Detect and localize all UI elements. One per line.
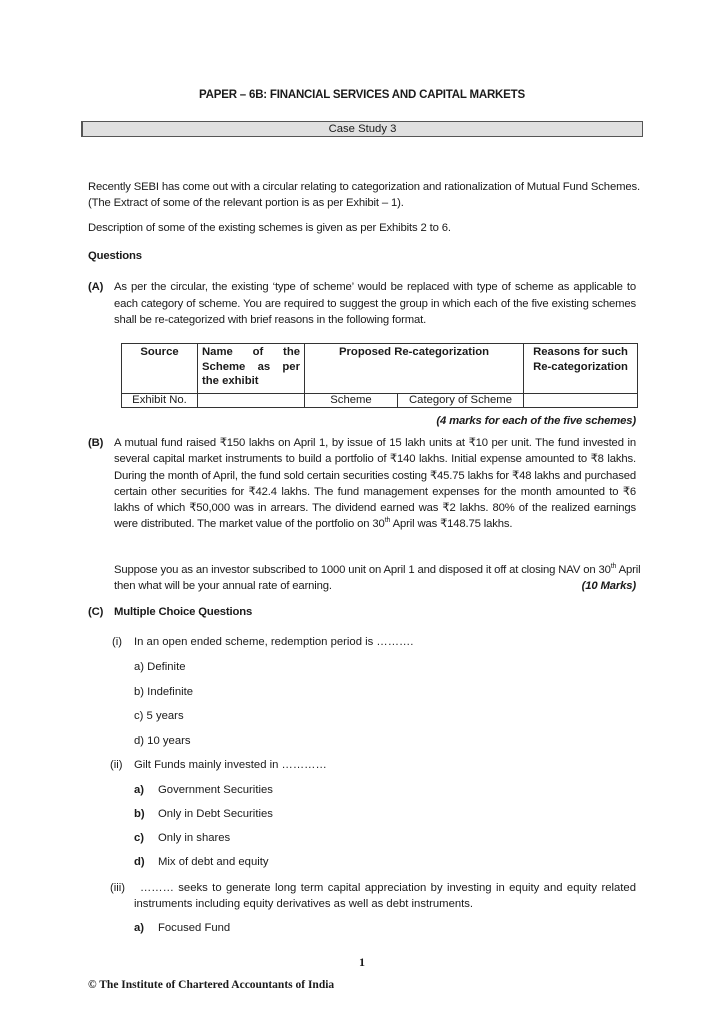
mcq-3-option-a-text: Focused Fund	[158, 920, 230, 936]
case-study-banner: Case Study 3	[81, 121, 643, 137]
cell-scheme: Scheme	[305, 394, 398, 408]
mcq-2-option-b-letter: b)	[134, 806, 145, 822]
header-scheme-name: Name of the Scheme as per the exhibit	[198, 344, 305, 394]
recategorization-format-table: Source Name of the Scheme as per the exh…	[121, 343, 638, 408]
mcq-1-option-b: b) Indefinite	[134, 684, 193, 700]
cell-scheme-name	[198, 394, 305, 408]
mcq-2-option-d-letter: d)	[134, 854, 145, 870]
question-c-label: (C)	[88, 604, 103, 620]
mcq-2-option-a-text: Government Securities	[158, 782, 273, 798]
mcq-1-text: In an open ended scheme, redemption peri…	[134, 634, 413, 650]
question-b-marks: (10 Marks)	[500, 578, 636, 594]
mcq-2-option-b-text: Only in Debt Securities	[158, 806, 273, 822]
mcq-2-text: Gilt Funds mainly invested in …………	[134, 757, 327, 773]
cell-category-of-scheme: Category of Scheme	[398, 394, 524, 408]
mcq-3-number: (iii)	[110, 880, 125, 896]
page-number: 1	[0, 955, 724, 970]
question-b-paragraph-1: A mutual fund raised ₹150 lakhs on April…	[114, 435, 636, 533]
mcq-2-option-a-letter: a)	[134, 782, 144, 798]
mcq-1-number: (i)	[112, 634, 122, 650]
mcq-3-option-a-letter: a)	[134, 920, 144, 936]
question-a-marks: (4 marks for each of the five schemes)	[300, 413, 636, 429]
mcq-3-text: ……… seeks to generate long term capital …	[134, 880, 636, 912]
header-reasons: Reasons for such Re-categorization	[524, 344, 638, 394]
mcq-1-option-d: d) 10 years	[134, 733, 191, 749]
mcq-1-option-a: a) Definite	[134, 659, 186, 675]
mcq-2-number: (ii)	[110, 757, 123, 773]
mcq-1-option-c: c) 5 years	[134, 708, 184, 724]
mcq-2-option-c-letter: c)	[134, 830, 144, 846]
intro-line-3: Description of some of the existing sche…	[88, 220, 648, 236]
mcq-2-option-d-text: Mix of debt and equity	[158, 854, 269, 870]
cell-reasons	[524, 394, 638, 408]
copyright-footer: © The Institute of Chartered Accountants…	[88, 979, 334, 991]
question-c-heading: Multiple Choice Questions	[114, 604, 252, 620]
paper-title: PAPER – 6B: FINANCIAL SERVICES AND CAPIT…	[0, 89, 724, 101]
cell-exhibit-no: Exhibit No.	[122, 394, 198, 408]
intro-line-2: (The Extract of some of the relevant por…	[88, 195, 648, 211]
question-b-label: (B)	[88, 435, 103, 451]
header-proposed-recategorization: Proposed Re-categorization	[305, 344, 524, 394]
question-b-paragraph-2-line-2: then what will be your annual rate of ea…	[114, 578, 332, 594]
header-source: Source	[122, 344, 198, 394]
question-b-paragraph-2: Suppose you as an investor subscribed to…	[114, 562, 636, 578]
intro-line-1: Recently SEBI has come out with a circul…	[88, 179, 648, 195]
question-a-text: As per the circular, the existing ‘type …	[114, 279, 636, 329]
question-a-label: (A)	[88, 279, 103, 295]
questions-heading: Questions	[88, 248, 142, 264]
mcq-2-option-c-text: Only in shares	[158, 830, 230, 846]
